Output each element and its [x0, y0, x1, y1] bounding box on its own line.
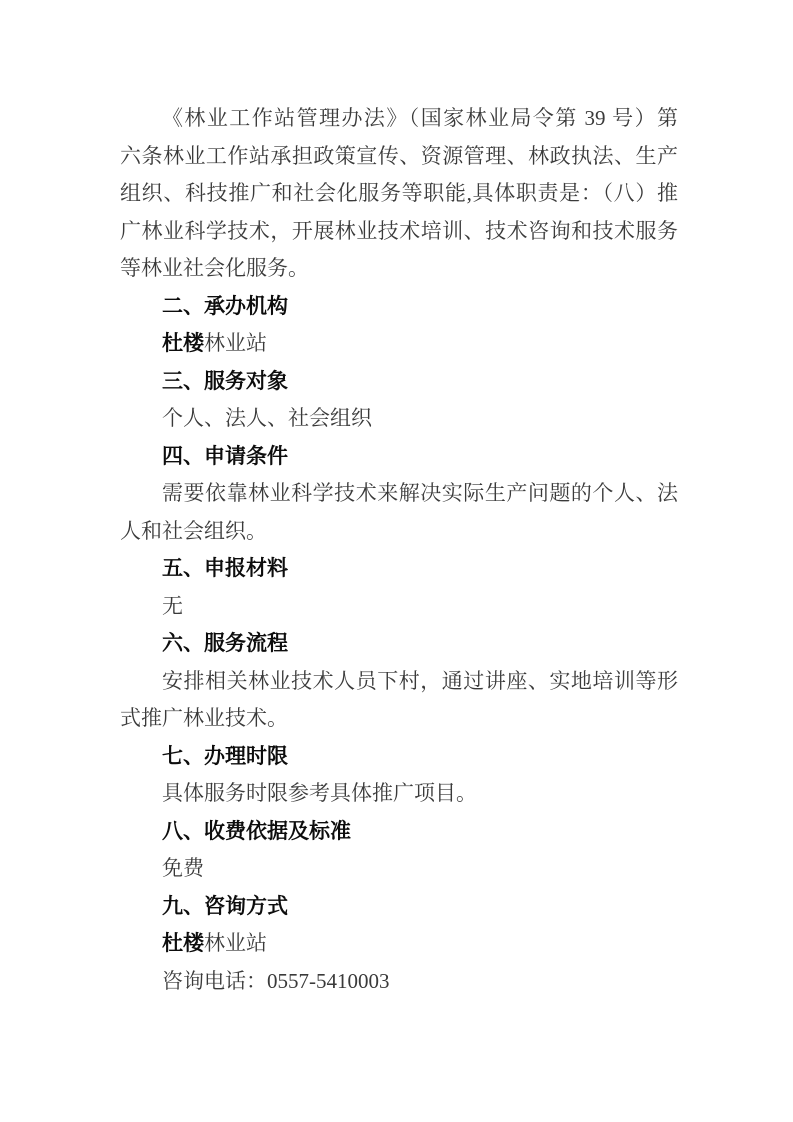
text-line: 式推广林业技术。 — [120, 700, 678, 738]
body-text-run: 个人、法人、社会组织 — [162, 406, 372, 430]
bold-text-run: 四、申请条件 — [162, 445, 288, 468]
body-text-run: 等林业社会化服务。 — [120, 256, 309, 280]
heading-line: 八、收费依据及标准 — [120, 813, 678, 851]
text-line: 个人、法人、社会组织 — [120, 400, 678, 438]
body-text-run: 林业站 — [204, 931, 267, 955]
heading-line: 六、服务流程 — [120, 625, 678, 663]
body-text-run: 需要依靠林业科学技术来解决实际生产问题的个人、法 — [162, 481, 678, 505]
text-line: 广林业科学技术，开展林业技术培训、技术咨询和技术服务 — [120, 213, 678, 251]
heading-line: 四、申请条件 — [120, 438, 678, 476]
body-text-run: 式推广林业技术。 — [120, 706, 288, 730]
heading-line: 九、咨询方式 — [120, 888, 678, 926]
body-text-run: 人和社会组织。 — [120, 519, 267, 543]
text-line: 免费 — [120, 850, 678, 888]
text-line: 杜楼林业站 — [120, 925, 678, 963]
body-text-run: 无 — [162, 594, 183, 618]
text-line: 咨询电话：0557-5410003 — [120, 963, 678, 1001]
body-text-run: 安排相关林业技术人员下村，通过讲座、实地培训等形 — [162, 669, 678, 693]
heading-line: 七、办理时限 — [120, 738, 678, 776]
text-line: 安排相关林业技术人员下村，通过讲座、实地培训等形 — [120, 663, 678, 701]
body-text-run: 免费 — [162, 856, 204, 880]
bold-text-run: 杜楼 — [162, 332, 204, 355]
text-line: 无 — [120, 588, 678, 626]
text-line: 《林业工作站管理办法》（国家林业局令第 39 号）第 — [120, 100, 678, 138]
document-page: 《林业工作站管理办法》（国家林业局令第 39 号）第六条林业工作站承担政策宣传、… — [0, 0, 793, 1122]
bold-text-run: 八、收费依据及标准 — [162, 820, 351, 843]
bold-text-run: 七、办理时限 — [162, 745, 288, 768]
heading-line: 五、申报材料 — [120, 550, 678, 588]
document-text-container: 《林业工作站管理办法》（国家林业局令第 39 号）第六条林业工作站承担政策宣传、… — [120, 100, 678, 1000]
bold-text-run: 杜楼 — [162, 932, 204, 955]
text-line: 人和社会组织。 — [120, 513, 678, 551]
body-text-run: 林业站 — [204, 331, 267, 355]
bold-text-run: 六、服务流程 — [162, 632, 288, 655]
text-line: 杜楼林业站 — [120, 325, 678, 363]
bold-text-run: 五、申报材料 — [162, 557, 288, 580]
bold-text-run: 三、服务对象 — [162, 370, 288, 393]
text-line: 等林业社会化服务。 — [120, 250, 678, 288]
bold-text-run: 九、咨询方式 — [162, 895, 288, 918]
body-text-run: 组织、科技推广和社会化服务等职能,具体职责是：（八）推 — [120, 181, 678, 205]
body-text-run: 《林业工作站管理办法》（国家林业局令第 39 号）第 — [162, 106, 678, 130]
body-text-run: 六条林业工作站承担政策宣传、资源管理、林政执法、生产 — [120, 144, 678, 168]
text-line: 需要依靠林业科学技术来解决实际生产问题的个人、法 — [120, 475, 678, 513]
text-line: 具体服务时限参考具体推广项目。 — [120, 775, 678, 813]
bold-text-run: 二、承办机构 — [162, 295, 288, 318]
text-line: 组织、科技推广和社会化服务等职能,具体职责是：（八）推 — [120, 175, 678, 213]
heading-line: 二、承办机构 — [120, 288, 678, 326]
heading-line: 三、服务对象 — [120, 363, 678, 401]
body-text-run: 咨询电话：0557-5410003 — [162, 969, 390, 993]
body-text-run: 具体服务时限参考具体推广项目。 — [162, 781, 477, 805]
text-line: 六条林业工作站承担政策宣传、资源管理、林政执法、生产 — [120, 138, 678, 176]
body-text-run: 广林业科学技术，开展林业技术培训、技术咨询和技术服务 — [120, 219, 678, 243]
